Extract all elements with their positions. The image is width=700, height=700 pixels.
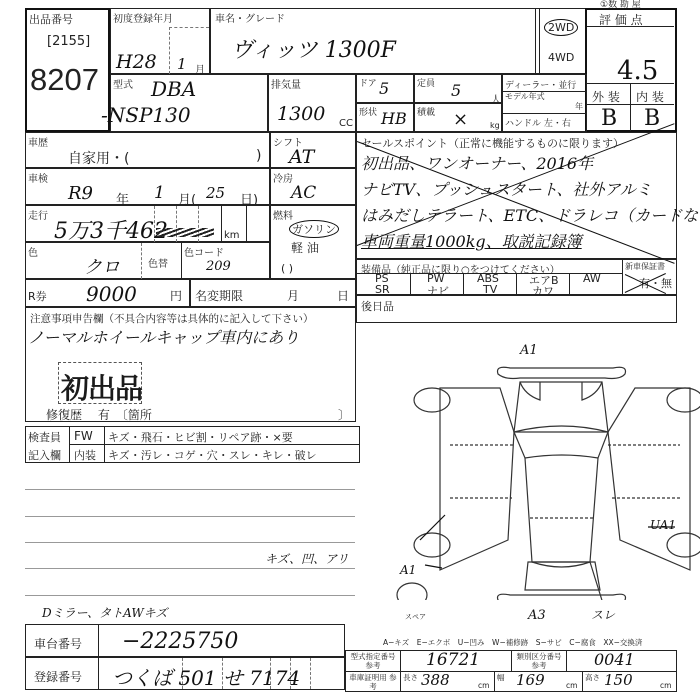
registration-month: 1 <box>177 55 187 73</box>
fuel-gasoline[interactable]: ガソリン <box>289 220 339 238</box>
sales-point-line-4: 車両重量1000kg、取説記録簿 <box>361 229 582 252</box>
damage-legend: A−キズ E−エクボ U−凹み W−補修跡 S−サビ C−腐食 XX−交換済 <box>383 637 642 648</box>
spare-label: スペア <box>405 612 426 622</box>
inspection-label: 車検 <box>28 170 48 185</box>
load-unit: kg <box>490 121 500 130</box>
history-label: 車歴 <box>28 134 48 149</box>
class-label: 類別区分番号 参考 <box>514 652 564 670</box>
fuel-box: 燃料 ガソリン 軽 油 ( ) <box>270 205 356 279</box>
spare-tire <box>397 583 427 600</box>
mileage-unit: km <box>224 230 240 241</box>
width-label: 幅 <box>497 672 505 683</box>
mileage-box: 走行 5万3千462 km <box>25 205 270 242</box>
fuel-diesel[interactable]: 軽 油 <box>291 239 319 256</box>
registration-year: H28 <box>116 51 157 73</box>
car-diagram[interactable] <box>380 340 700 600</box>
front-left-wheel <box>414 388 450 412</box>
interior-grade: B <box>644 106 660 131</box>
rear-bumper <box>498 594 626 600</box>
color-change-label: 色替 <box>148 255 168 270</box>
mileage-value: 5万3千462 <box>54 214 168 245</box>
color-value: クロ <box>84 253 120 279</box>
equipment-box: 装備品（純正品に限り○をつけてください） 新車保証書 有・無 PS PW ABS… <box>356 259 677 295</box>
rear-right-wheel <box>667 533 700 557</box>
displacement-value: 1300 <box>277 103 325 125</box>
model-label: 型式 <box>113 76 133 91</box>
inspection-box: 車検 R9 年 1 月( 25 日) <box>25 168 270 205</box>
ac-box: 冷房 AC <box>270 168 356 205</box>
color-box: 色 クロ 色替 色コード 209 <box>25 242 270 279</box>
ac-value: AC <box>291 183 316 203</box>
later-items-label: 後日品 <box>361 298 394 314</box>
shape-label: 形状 <box>359 105 377 118</box>
name-change-day: 日 <box>337 287 349 304</box>
displacement-box: 排気量 1300 CC <box>268 74 356 132</box>
height-unit: cm <box>660 681 671 690</box>
capacity-box: 定員 5 人 <box>414 74 502 103</box>
history-close: ) <box>256 148 261 164</box>
sales-points-label: セールスポイント（正常に機能するものに限ります） <box>361 135 624 151</box>
plate-value: つくば 501 せ 7174 <box>112 662 300 691</box>
left-side <box>440 388 514 570</box>
color-label: 色 <box>28 244 38 259</box>
warranty-label: 新車保証書 <box>625 261 665 272</box>
sales-points-box: セールスポイント（正常に機能するものに限ります） 初出品、ワンオーナー、2016… <box>356 132 677 259</box>
inspector-fw-items: キズ・飛石・ヒビ割・リペア跡・×要 <box>108 429 293 445</box>
chassis-label: 車台番号 <box>34 635 82 652</box>
load-box: 積載 × kg <box>414 103 502 132</box>
damage-mark-right: UA1 <box>650 518 676 532</box>
fuel-label: 燃料 <box>273 207 293 222</box>
cert-label: 車庫証明用 参考 <box>349 673 397 691</box>
shape-box: 形状 HB <box>356 103 414 132</box>
inspection-day: 25 <box>206 184 225 202</box>
roof <box>525 458 598 562</box>
remark-mirror: Dミラー、タトAWキズ <box>42 604 167 621</box>
later-items-box: 後日品 <box>356 295 677 323</box>
type-cert-value: 16721 <box>426 650 480 670</box>
first-listing-stamp: 初出品 <box>61 367 142 407</box>
notes-label: 注意事項申告欄（不具合内容等は具体的に記入して下さい） <box>30 311 314 326</box>
height-value: 150 <box>604 671 633 689</box>
ac-label: 冷房 <box>273 170 293 185</box>
inspector-interior: 内装 <box>74 447 96 463</box>
capacity-label: 定員 <box>417 76 435 89</box>
damage-mark-front: A1 <box>520 343 538 358</box>
inspector-box: 検査員 記入欄 FW 内装 キズ・飛石・ヒビ割・リペア跡・×要 キズ・汚レ・コゲ… <box>25 426 360 463</box>
inspector-fw: FW <box>74 429 93 443</box>
lot-box: 出品番号 [2155] 8207 <box>25 8 110 132</box>
mileage-label: 走行 <box>28 207 48 222</box>
front-bumper <box>498 367 626 378</box>
length-label: 長さ <box>403 672 418 683</box>
exterior-label: 外 装 <box>592 88 620 105</box>
inspector-label-1: 検査員 <box>28 429 61 445</box>
shape-value: HB <box>381 109 407 128</box>
model-year-unit: 年 <box>575 101 583 112</box>
notes-box: 注意事項申告欄（不具合内容等は具体的に記入して下さい） ノーマルホイールキャップ… <box>25 307 356 422</box>
damage-mark-left-rear: A1 <box>400 563 416 577</box>
load-value: × <box>453 109 468 130</box>
inspection-month: 1 <box>154 183 165 203</box>
registration-label: 初度登録年月 <box>113 10 173 25</box>
damage-mark-rear-corner: スレ <box>591 606 615 623</box>
front-right-wheel <box>667 388 700 412</box>
shift-box: シフト AT <box>270 132 356 168</box>
recycle-box: R券 9000 円 <box>25 279 190 307</box>
lot-sub-number: [2155] <box>47 34 90 49</box>
name-change-box: 名変期限 月 日 <box>190 279 356 307</box>
registration-box: 初度登録年月 H28 1 月 <box>110 8 210 74</box>
type-cert-label: 型式指定番号 参考 <box>349 652 397 670</box>
inspector-label-2: 記入欄 <box>28 447 61 463</box>
hood <box>514 382 608 432</box>
grade-score: 4.5 <box>617 56 658 86</box>
car-name-value: ヴィッツ 1300F <box>231 33 396 64</box>
shift-value: AT <box>289 146 314 168</box>
displacement-unit: CC <box>339 118 353 129</box>
exterior-grade: B <box>601 106 617 131</box>
repair-history-close: 〕 <box>338 406 350 423</box>
color-code: 209 <box>206 259 231 274</box>
lot-label: 出品番号 <box>29 11 73 27</box>
dealer-box: ディーラー・並行 モデル年式 年 ハンドル 左・右 <box>502 74 587 132</box>
grade-box: 評 価 点 4.5 外 装 内 装 B B <box>585 8 677 132</box>
history-box: 車歴 自家用・( ) <box>25 132 270 168</box>
notes-value: ノーマルホイールキャップ車内にあり <box>28 325 299 348</box>
capacity-value: 5 <box>451 81 461 100</box>
plate-box: 登録番号 つくば 501 せ 7174 <box>25 657 345 690</box>
fuel-paren: ( ) <box>281 262 293 275</box>
name-change-label: 名変期限 <box>195 287 243 304</box>
doors-box: ドア 5 <box>356 74 414 103</box>
class-value: 0041 <box>594 650 635 669</box>
length-value: 388 <box>421 671 450 689</box>
interior-label: 内 装 <box>636 88 664 105</box>
equip-aw[interactable]: AW <box>583 272 601 285</box>
history-value: 自家用・( <box>68 148 129 168</box>
height-label: 高さ <box>585 672 600 683</box>
remark-dent: キズ、凹、アリ <box>265 550 349 567</box>
plate-label: 登録番号 <box>34 668 82 685</box>
inspector-interior-items: キズ・汚レ・コゲ・穴・スレ・キレ・破レ <box>108 447 317 463</box>
windshield <box>514 426 608 458</box>
drive-4wd[interactable]: 4WD <box>548 51 574 64</box>
recycle-label: R券 <box>28 288 47 304</box>
repair-history-label: 修復歴 有 〔箇所 <box>46 406 152 423</box>
recycle-unit: 円 <box>170 287 182 304</box>
recycle-value: 9000 <box>86 282 137 306</box>
first-listing-stamp-box: 初出品 <box>58 362 142 404</box>
handle-label[interactable]: ハンドル 左・右 <box>505 116 571 129</box>
rear-left-wheel <box>414 533 450 557</box>
drive-2wd[interactable]: 2WD <box>544 19 578 36</box>
car-name-box: 車名・グレード ヴィッツ 1300F <box>210 8 540 74</box>
specs-box: 型式指定番号 参考 16721 類別区分番号 参考 0041 車庫証明用 参考 … <box>345 650 677 692</box>
doors-value: 5 <box>379 79 389 98</box>
car-name-label: 車名・グレード <box>215 10 285 25</box>
width-unit: cm <box>566 681 577 690</box>
model-box: 型式 DBA -NSP130 <box>110 74 268 132</box>
trunk <box>525 562 600 590</box>
mileage-scribble <box>156 228 214 237</box>
name-change-month: 月 <box>287 287 299 304</box>
lot-number: 8207 <box>30 62 99 98</box>
model-year-label: モデル年式 <box>505 92 545 101</box>
dealer-label[interactable]: ディーラー・並行 <box>505 78 576 91</box>
chassis-box: 車台番号 −2225750 <box>25 624 345 657</box>
color-code-label: 色コード <box>184 244 224 259</box>
damage-mark-rear: A3 <box>528 608 546 623</box>
doors-label: ドア <box>359 76 377 89</box>
load-label: 積載 <box>417 105 435 118</box>
model-line2: -NSP130 <box>101 103 191 127</box>
right-side <box>608 388 690 570</box>
width-value: 169 <box>516 671 545 689</box>
drive-box: 2WD 4WD <box>535 8 587 74</box>
length-unit: cm <box>478 681 489 690</box>
inspection-year: R9 <box>68 183 93 204</box>
model-line1: DBA <box>151 77 196 101</box>
sales-point-line-1: 初出品、ワンオーナー、2016年 <box>361 151 593 174</box>
displacement-label: 排気量 <box>271 76 301 91</box>
chassis-value: −2225750 <box>122 629 238 654</box>
